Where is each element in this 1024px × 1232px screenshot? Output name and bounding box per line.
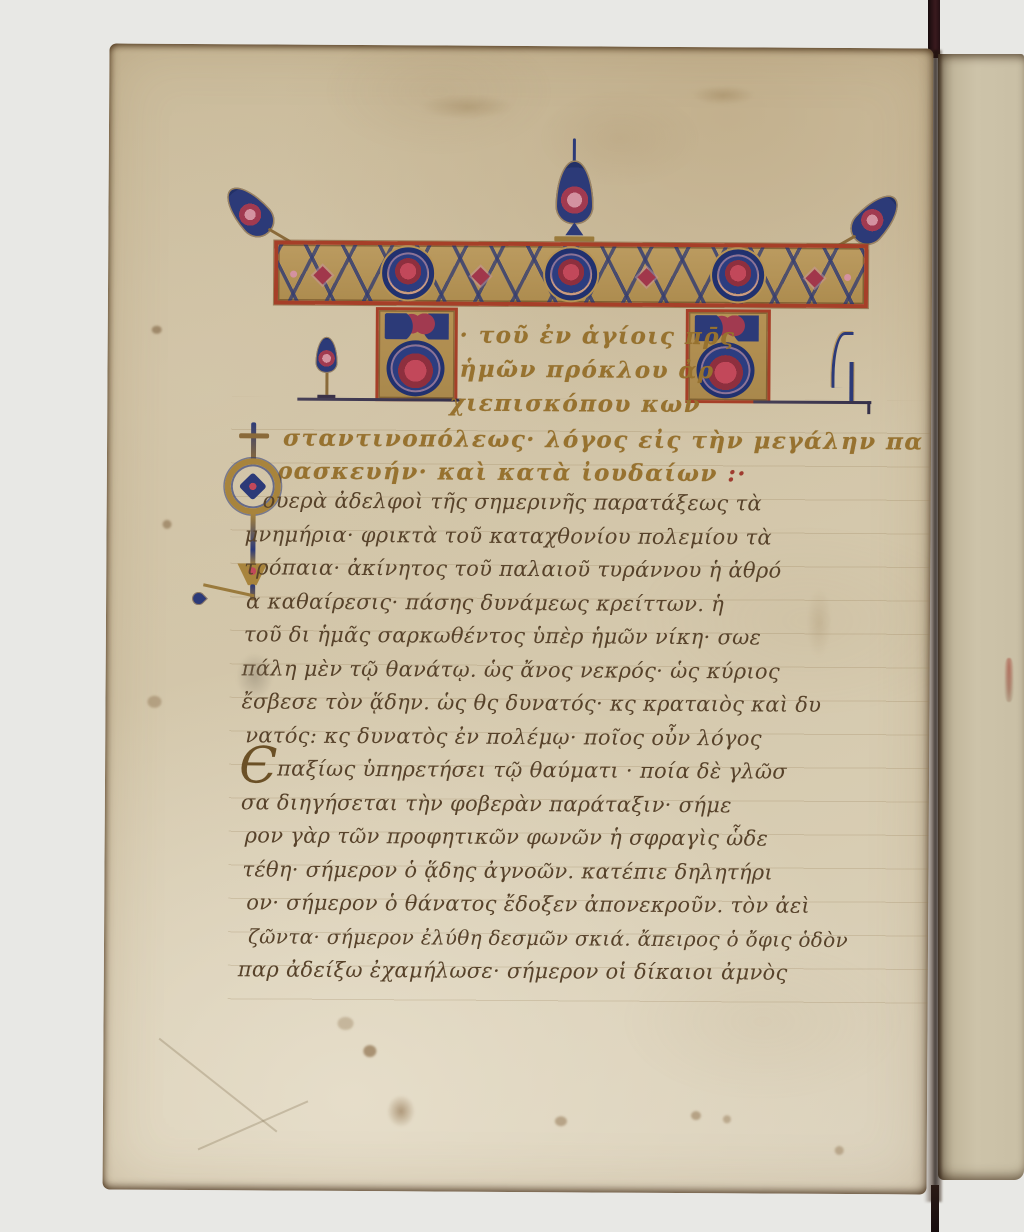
phi-cross-horizontal xyxy=(239,433,269,438)
title-end-mark: :· xyxy=(718,460,747,487)
stain xyxy=(691,1111,701,1120)
panel-flower-medallion xyxy=(386,340,444,396)
headpiece-dot xyxy=(290,271,297,278)
manuscript-page: · τοῦ ἐν ἁγίοις πρ̄ς ἡμῶν πρόκλου ἀρ χιε… xyxy=(103,43,934,1194)
headpiece-medallion xyxy=(545,248,597,300)
title-line-2: ἡμῶν πρόκλου ἀρ xyxy=(459,356,691,384)
text-line: παρ ἀδείξω ἐχαμήλωσε· σήμερον οἱ δίκαιοι… xyxy=(232,953,922,991)
text-line: ον· σήμερον ὁ θάνατος ἔδοξεν ἀπονεκροῦν.… xyxy=(232,886,922,924)
flame-base xyxy=(565,222,583,235)
text-line: παξίως ὑπηρετήσει τῷ θαύματι · ποία δὲ γ… xyxy=(233,752,923,790)
title-line-4: σταντινοπόλεως· λόγος εἰς τὴν μεγάλην πα xyxy=(283,425,869,456)
stain xyxy=(723,1115,731,1123)
photo-backdrop: { "manuscript": { "heading": { "line1": … xyxy=(0,0,1024,1232)
headpiece-medallion xyxy=(712,249,764,301)
stain xyxy=(691,85,755,105)
flame-tip xyxy=(573,138,576,162)
stain xyxy=(235,652,273,700)
text-line: ζῶντα· σήμερον ἐλύθη δεσμῶν σκιά. ἄπειρο… xyxy=(232,920,922,958)
curled-leaf-stem xyxy=(849,362,853,402)
title-line-5: ρασκευήν· καὶ κατὰ ἰουδαίων :· xyxy=(277,458,729,488)
stain xyxy=(147,696,161,708)
body-text-block: ουερὰ ἀδελφοὶ τῆς σημερινῆς παρατάξεως τ… xyxy=(232,484,925,991)
stain xyxy=(363,1045,376,1057)
gutter-line-bottom xyxy=(931,1185,939,1232)
phi-cross-vertical xyxy=(251,422,256,460)
stain xyxy=(387,1095,415,1127)
stain xyxy=(419,93,515,120)
facing-page-edge xyxy=(938,54,1024,1180)
text-line: ἔσβεσε τὸν ᾅδην. ὡς θς δυνατός· κς κρατα… xyxy=(233,685,923,723)
text-line: σα διηγήσεται τὴν φοβερὰν παράταξιν· σήμ… xyxy=(233,786,923,824)
text-line: ουερὰ ἀδελφοὶ τῆς σημερινῆς παρατάξεως τ… xyxy=(235,484,925,522)
facing-page-red-ornament xyxy=(1004,658,1014,702)
flame-plinth xyxy=(554,236,594,241)
baseline-rule-tick xyxy=(867,401,870,414)
bud-stem xyxy=(325,373,328,395)
text-line: ρον γὰρ τῶν προφητικῶν φωνῶν ἡ σφραγὶς ὧ… xyxy=(233,819,923,857)
title-line-5-text: ρασκευήν· καὶ κατὰ ἰουδαίων xyxy=(277,458,718,488)
phi-heart-leaf xyxy=(189,589,207,607)
text-line: νατός: κς δυνατὸς ἐν πολέμῳ· ποῖος οὖν λ… xyxy=(233,719,923,757)
pendant-panel-left xyxy=(375,307,458,401)
title-line-3: χιεπισκόπου κων xyxy=(443,390,707,419)
stain xyxy=(555,1116,567,1126)
stain xyxy=(337,1017,353,1030)
title-line-1: · τοῦ ἐν ἁγίοις πρ̄ς xyxy=(460,322,692,350)
text-line: μνημήρια· φρικτὰ τοῦ καταχθονίου πολεμίο… xyxy=(234,518,924,556)
headpiece-medallion xyxy=(382,247,434,299)
stain xyxy=(163,520,172,529)
headpiece-dot xyxy=(844,274,851,281)
stain xyxy=(152,326,162,334)
stain xyxy=(835,1146,844,1155)
text-line: τρόπαια· ἀκίνητος τοῦ παλαιοῦ τυράννου ἡ… xyxy=(234,551,924,589)
panel-leaves xyxy=(385,313,449,339)
headpiece-band xyxy=(274,241,868,309)
text-line: τέθη· σήμερον ὁ ᾅδης ἀγνοῶν. κατέπιε δηλ… xyxy=(232,853,922,891)
